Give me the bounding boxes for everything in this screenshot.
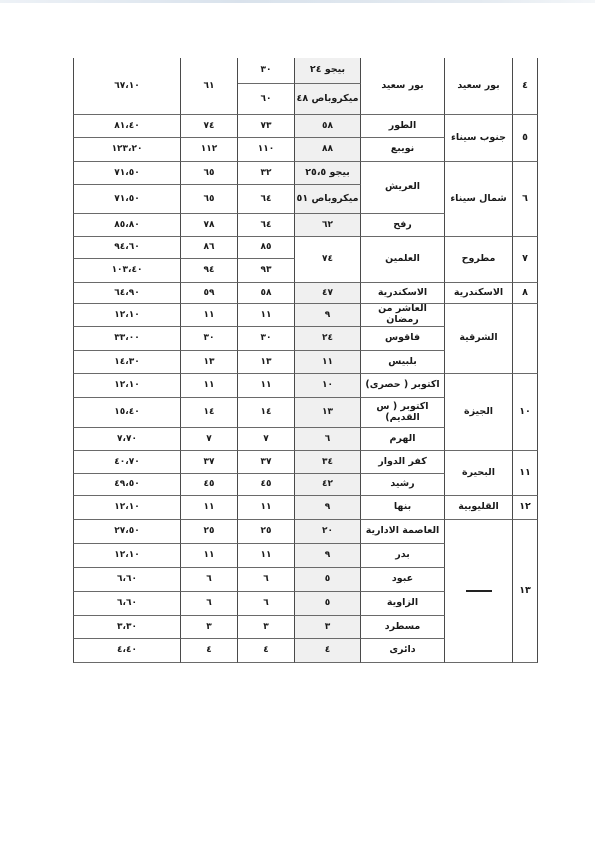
base-fare-cell: ٢٤ xyxy=(295,327,361,351)
base-fare-cell-text: ٤ xyxy=(325,645,331,655)
row-number xyxy=(513,304,538,374)
fare-col2-text: ٧٨ xyxy=(204,220,215,230)
fare-total-text: ١٠٣،٤٠ xyxy=(112,265,143,275)
fare-col2: ٣٧ xyxy=(181,451,238,474)
fare-total: ٣٣،٠٠ xyxy=(73,327,181,351)
governorate-cell-text: الاسكندرية xyxy=(454,288,503,299)
fare-total-text: ١٢،١٠ xyxy=(114,502,139,512)
fare-col2: ١٣ xyxy=(181,351,238,374)
row-number-text: ٧ xyxy=(522,254,528,265)
city-cell-text: العاشر من رمضان xyxy=(361,304,444,326)
fare-total: ٦٧،١٠ xyxy=(73,58,181,115)
fare-col3-text: ١١٠ xyxy=(258,144,274,154)
base-fare-cell-text: ٣ xyxy=(325,622,331,632)
fare-col2: ١١ xyxy=(181,496,238,520)
fare-total-text: ١٢،١٠ xyxy=(114,550,139,560)
row-number: ١٠ xyxy=(513,374,538,451)
fare-col2-text: ٧ xyxy=(206,434,212,444)
base-fare-cell-text: ٥ xyxy=(325,598,331,608)
fare-total: ٧١،٥٠ xyxy=(73,185,181,214)
vehicle-base-cell-text: ميكروباص ٤٨ xyxy=(297,94,359,105)
fare-total: ٦،٦٠ xyxy=(73,592,181,616)
fare-col3: ٦ xyxy=(238,568,295,592)
city-cell: الزاوية xyxy=(361,592,445,616)
fare-col2: ١١ xyxy=(181,304,238,327)
fare-col3-text: ٣٧ xyxy=(261,457,272,467)
fare-col3-text: ٣٢ xyxy=(261,168,272,178)
fare-total: ٨١،٤٠ xyxy=(73,115,181,138)
fare-total: ٧،٧٠ xyxy=(73,428,181,451)
base-fare-cell: ٨٨ xyxy=(295,138,361,162)
row-number-text: ٨ xyxy=(522,288,528,299)
fare-total-text: ٣،٣٠ xyxy=(117,622,137,632)
fare-col2: ٧ xyxy=(181,428,238,451)
fare-total: ٧١،٥٠ xyxy=(73,162,181,185)
fare-col3: ١١٠ xyxy=(238,138,295,162)
city-cell: مسطرد xyxy=(361,616,445,639)
city-cell: رفح xyxy=(361,214,445,237)
fare-total: ١٢،١٠ xyxy=(73,374,181,398)
city-cell: فاقوس xyxy=(361,327,445,351)
city-cell: عبود xyxy=(361,568,445,592)
base-fare-cell: ٩ xyxy=(295,544,361,568)
base-fare-cell-text: ٣٤ xyxy=(322,457,333,467)
city-cell: الهرم xyxy=(361,428,445,451)
base-fare-cell: ٩ xyxy=(295,304,361,327)
fare-col3-text: ٢٥ xyxy=(261,526,272,536)
fare-total-text: ١٢،١٠ xyxy=(114,310,139,320)
city-cell-text: الهرم xyxy=(390,434,416,445)
governorate-cell-text: شمال سيناء xyxy=(450,194,506,205)
city-cell: كفر الدوار xyxy=(361,451,445,474)
city-cell: اكتوبر ( س القديم) xyxy=(361,398,445,428)
city-cell-text: كفر الدوار xyxy=(378,457,427,468)
fare-col3-text: ٧ xyxy=(263,434,269,444)
city-cell-text: بنها xyxy=(394,502,411,513)
base-fare-cell: ٢٠ xyxy=(295,520,361,544)
fare-col3: ٣٢ xyxy=(238,162,295,185)
row-number-text: ١١ xyxy=(519,468,531,479)
fare-total-text: ١٢،١٠ xyxy=(114,380,139,390)
row-number-text: ٥ xyxy=(522,133,528,144)
fare-total: ٦،٦٠ xyxy=(73,568,181,592)
city-cell-text: الاسكندرية xyxy=(378,288,427,299)
fare-total: ١٥،٤٠ xyxy=(73,398,181,428)
fare-total-text: ٤٩،٥٠ xyxy=(114,479,139,489)
fare-col2-text: ١١ xyxy=(204,380,215,390)
fare-total-text: ٧،٧٠ xyxy=(117,434,137,444)
base-fare-cell: ٤٧ xyxy=(295,283,361,304)
fare-col3: ٣ xyxy=(238,616,295,639)
fare-col3: ١١ xyxy=(238,544,295,568)
row-number-text: ١٣ xyxy=(519,586,531,597)
base-fare-cell: ٥٨ xyxy=(295,115,361,138)
city-cell: بور سعيد xyxy=(361,58,445,115)
city-cell: اكتوبر ( حصرى) xyxy=(361,374,445,398)
vehicle-base-cell: ميكروباص ٥١ xyxy=(295,185,361,214)
fare-col3-text: ١١ xyxy=(261,380,272,390)
base-fare-cell: ٥ xyxy=(295,568,361,592)
fare-col3: ٤٥ xyxy=(238,474,295,496)
row-number-text: ٦ xyxy=(522,194,528,205)
base-fare-cell-text: ٩ xyxy=(325,502,331,512)
fare-col2: ٣ xyxy=(181,616,238,639)
city-cell-text: الطور xyxy=(389,121,417,132)
fare-col3-text: ٦٠ xyxy=(261,94,272,104)
fare-col3-text: ٣٠ xyxy=(261,333,272,343)
fare-total-text: ٦٤،٩٠ xyxy=(114,288,139,298)
fare-col2: ٦١ xyxy=(181,58,238,115)
fare-total-text: ٨١،٤٠ xyxy=(114,121,139,131)
governorate-cell: البحيرة xyxy=(445,451,513,496)
fare-col2-text: ١٣ xyxy=(204,357,215,367)
fare-total: ٩٤،٦٠ xyxy=(73,237,181,259)
fare-col3-text: ٦ xyxy=(263,574,269,584)
base-fare-cell: ٣٤ xyxy=(295,451,361,474)
fare-total-text: ٧١،٥٠ xyxy=(114,168,139,178)
fare-col3: ٢٥ xyxy=(238,520,295,544)
fare-total-text: ٦٧،١٠ xyxy=(114,81,139,91)
fare-col3-text: ٩٣ xyxy=(261,265,272,275)
city-cell-text: رفح xyxy=(393,220,412,231)
fare-col2: ١١ xyxy=(181,374,238,398)
city-cell: العلمين xyxy=(361,237,445,283)
fare-total-text: ٦،٦٠ xyxy=(117,598,137,608)
governorate-cell: الجيزة xyxy=(445,374,513,451)
vehicle-base-cell-text: بيجو ٢٥،٥ xyxy=(305,168,350,179)
fare-col3: ١١ xyxy=(238,374,295,398)
row-number-text: ١٢ xyxy=(519,502,531,513)
base-fare-cell: ٣ xyxy=(295,616,361,639)
city-cell-text: عبود xyxy=(392,574,413,585)
fare-col2-text: ١١ xyxy=(204,502,215,512)
fare-col2-text: ٣٠ xyxy=(204,333,215,343)
fare-col3-text: ٨٥ xyxy=(261,242,272,252)
fare-col2-text: ١٤ xyxy=(204,407,215,417)
city-cell: الاسكندرية xyxy=(361,283,445,304)
fare-col2: ١١ xyxy=(181,544,238,568)
governorate-cell-text: بور سعيد xyxy=(457,81,499,92)
fare-col2-text: ٦١ xyxy=(204,81,215,91)
fare-col2: ٧٤ xyxy=(181,115,238,138)
fare-col2: ٣٠ xyxy=(181,327,238,351)
fare-col2: ٧٨ xyxy=(181,214,238,237)
fare-col3: ٦٤ xyxy=(238,185,295,214)
fare-col3: ١١ xyxy=(238,304,295,327)
fare-col3-text: ١١ xyxy=(261,310,272,320)
city-cell: بدر xyxy=(361,544,445,568)
fare-col2: ١٤ xyxy=(181,398,238,428)
city-cell: رشيد xyxy=(361,474,445,496)
base-fare-cell-text: ٤٢ xyxy=(322,479,333,489)
fare-col3: ٤ xyxy=(238,639,295,663)
fare-total-text: ٨٥،٨٠ xyxy=(114,220,139,230)
base-fare-cell: ٤ xyxy=(295,639,361,663)
fare-col3: ٩٣ xyxy=(238,259,295,283)
fare-col3-text: ٦٤ xyxy=(261,194,272,204)
city-cell-text: نويبع xyxy=(391,144,414,155)
fare-total-text: ١٢٣،٢٠ xyxy=(112,144,143,154)
row-number: ٧ xyxy=(513,237,538,283)
fare-total: ٢٧،٥٠ xyxy=(73,520,181,544)
base-fare-cell-text: ١٣ xyxy=(322,407,333,417)
row-number: ٥ xyxy=(513,115,538,162)
fare-total: ٨٥،٨٠ xyxy=(73,214,181,237)
governorate-cell: الاسكندرية xyxy=(445,283,513,304)
fare-total: ١٢،١٠ xyxy=(73,544,181,568)
city-cell-text: العريش xyxy=(385,182,420,193)
fare-col2: ٩٤ xyxy=(181,259,238,283)
city-cell-text: دائرى xyxy=(389,645,415,656)
fare-col2-text: ١١٢ xyxy=(201,144,217,154)
fare-col2-text: ٦ xyxy=(206,574,212,584)
fare-col2-text: ٤ xyxy=(206,645,212,655)
fare-col2: ٦ xyxy=(181,592,238,616)
fare-col3-text: ٦ xyxy=(263,598,269,608)
fare-total: ٤٩،٥٠ xyxy=(73,474,181,496)
base-fare-cell-text: ٥ xyxy=(325,574,331,584)
city-cell-text: فاقوس xyxy=(385,333,420,344)
row-number: ١٣ xyxy=(513,520,538,663)
vehicle-base-cell: بيجو ٢٤ xyxy=(295,58,361,84)
fare-col2: ٤٥ xyxy=(181,474,238,496)
base-fare-cell: ٧٤ xyxy=(295,237,361,283)
fare-col2-text: ٦ xyxy=(206,598,212,608)
base-fare-cell-text: ٨٨ xyxy=(322,144,333,154)
fare-col2: ٦ xyxy=(181,568,238,592)
fare-col2: ٨٦ xyxy=(181,237,238,259)
fare-col2-text: ٦٥ xyxy=(204,194,215,204)
row-number-text: ١٠ xyxy=(519,407,531,418)
fare-col3-text: ١٣ xyxy=(261,357,272,367)
fare-col2: ٦٥ xyxy=(181,162,238,185)
dash-mark xyxy=(466,590,492,592)
fare-col3-text: ٦٤ xyxy=(261,220,272,230)
vehicle-base-cell: بيجو ٢٥،٥ xyxy=(295,162,361,185)
fare-col3-text: ٣٠ xyxy=(261,65,272,75)
fare-col3: ١٣ xyxy=(238,351,295,374)
fare-col3: ١١ xyxy=(238,496,295,520)
base-fare-cell: ٤٢ xyxy=(295,474,361,496)
base-fare-cell: ١٠ xyxy=(295,374,361,398)
governorate-cell-text: الشرقية xyxy=(459,333,497,344)
fare-col2: ٢٥ xyxy=(181,520,238,544)
fare-col3-text: ١٤ xyxy=(261,407,272,417)
city-cell-text: العاصمة الادارية xyxy=(366,526,440,537)
governorate-cell xyxy=(445,520,513,663)
base-fare-cell: ٥ xyxy=(295,592,361,616)
governorate-cell: الشرقية xyxy=(445,304,513,374)
vehicle-base-cell-text: ميكروباص ٥١ xyxy=(297,194,359,205)
base-fare-cell-text: ١٠ xyxy=(322,380,333,390)
fare-total-text: ٦،٦٠ xyxy=(117,574,137,584)
city-cell-text: بور سعيد xyxy=(381,81,423,92)
page-top-edge xyxy=(0,0,595,3)
fare-col3-text: ٤٥ xyxy=(261,479,272,489)
city-cell-text: اكتوبر ( س القديم) xyxy=(361,402,444,424)
fare-total: ١٢٣،٢٠ xyxy=(73,138,181,162)
city-cell-text: مسطرد xyxy=(385,622,421,633)
city-cell-text: بلبيس xyxy=(388,357,417,368)
base-fare-cell-text: ٩ xyxy=(325,550,331,560)
fare-col3-text: ٥٨ xyxy=(261,288,272,298)
fare-col2-text: ٤٥ xyxy=(204,479,215,489)
base-fare-cell-text: ٤٧ xyxy=(322,288,333,298)
city-cell-text: العلمين xyxy=(385,254,420,265)
fare-col3: ٣٧ xyxy=(238,451,295,474)
fare-col3: ٦٠ xyxy=(238,84,295,115)
base-fare-cell: ٦٢ xyxy=(295,214,361,237)
fare-total-text: ١٤،٣٠ xyxy=(114,357,139,367)
base-fare-cell-text: ٧٤ xyxy=(322,254,333,264)
city-cell: بلبيس xyxy=(361,351,445,374)
fare-total: ١٢،١٠ xyxy=(73,304,181,327)
fare-total-text: ٤،٤٠ xyxy=(117,645,137,655)
governorate-cell: القليوبية xyxy=(445,496,513,520)
governorate-cell-text: البحيرة xyxy=(462,468,495,479)
fare-total-text: ٣٣،٠٠ xyxy=(114,333,139,343)
governorate-cell: جنوب سيناء xyxy=(445,115,513,162)
governorate-cell-text: القليوبية xyxy=(458,502,499,513)
fare-col3: ٥٨ xyxy=(238,283,295,304)
row-number: ٦ xyxy=(513,162,538,237)
city-cell-text: الزاوية xyxy=(387,598,418,609)
base-fare-cell-text: ٩ xyxy=(325,310,331,320)
fare-col2-text: ١١ xyxy=(204,310,215,320)
fare-col2-text: ٣٧ xyxy=(204,457,215,467)
vehicle-base-cell: ميكروباص ٤٨ xyxy=(295,84,361,115)
fare-col2-text: ٩٤ xyxy=(204,265,215,275)
fare-total-text: ١٥،٤٠ xyxy=(114,407,139,417)
base-fare-cell-text: ٦٢ xyxy=(322,220,333,230)
fare-total-text: ٩٤،٦٠ xyxy=(114,242,139,252)
city-cell: العاصمة الادارية xyxy=(361,520,445,544)
fare-total: ٤٠،٧٠ xyxy=(73,451,181,474)
fare-col3-text: ٤ xyxy=(263,645,269,655)
row-number: ٤ xyxy=(513,58,538,115)
fare-col2-text: ٣ xyxy=(206,622,212,632)
fare-col2-text: ٨٦ xyxy=(204,242,215,252)
fare-col3: ٣٠ xyxy=(238,58,295,84)
governorate-cell-text: مطروح xyxy=(462,254,496,265)
governorate-cell: مطروح xyxy=(445,237,513,283)
row-number: ٨ xyxy=(513,283,538,304)
base-fare-cell-text: ٦ xyxy=(325,434,331,444)
fare-col2-text: ١١ xyxy=(204,550,215,560)
fare-col3: ٧ xyxy=(238,428,295,451)
city-cell: نويبع xyxy=(361,138,445,162)
city-cell-text: رشيد xyxy=(390,479,414,490)
city-cell-text: بدر xyxy=(395,550,410,561)
fare-col3: ٣٠ xyxy=(238,327,295,351)
fare-col2-text: ٢٥ xyxy=(204,526,215,536)
fare-col3: ٧٣ xyxy=(238,115,295,138)
governorate-cell: بور سعيد xyxy=(445,58,513,115)
governorate-cell: شمال سيناء xyxy=(445,162,513,237)
base-fare-cell-text: ٢٠ xyxy=(322,526,333,536)
fare-total-text: ٤٠،٧٠ xyxy=(114,457,139,467)
base-fare-cell-text: ٥٨ xyxy=(322,121,333,131)
fare-col3: ٨٥ xyxy=(238,237,295,259)
fare-col3-text: ١١ xyxy=(261,502,272,512)
row-number: ١١ xyxy=(513,451,538,496)
fare-total: ٦٤،٩٠ xyxy=(73,283,181,304)
city-cell: الطور xyxy=(361,115,445,138)
fare-col2-text: ٧٤ xyxy=(204,121,215,131)
fare-col2: ٦٥ xyxy=(181,185,238,214)
city-cell: العاشر من رمضان xyxy=(361,304,445,327)
base-fare-cell: ١١ xyxy=(295,351,361,374)
base-fare-cell: ٩ xyxy=(295,496,361,520)
fare-total: ٣،٣٠ xyxy=(73,616,181,639)
base-fare-cell: ٦ xyxy=(295,428,361,451)
fare-col3-text: ٣ xyxy=(263,622,269,632)
fare-col2: ١١٢ xyxy=(181,138,238,162)
fare-col2-text: ٥٩ xyxy=(204,288,215,298)
fare-total-text: ٢٧،٥٠ xyxy=(114,526,139,536)
fare-table: ٤بور سعيدبور سعيدبيجو ٢٤٣٠ميكروباص ٤٨٦٠٦… xyxy=(73,58,538,663)
city-cell-text: اكتوبر ( حصرى) xyxy=(365,380,439,391)
fare-total-text: ٧١،٥٠ xyxy=(114,194,139,204)
base-fare-cell-text: ٢٤ xyxy=(322,333,333,343)
row-number: ١٢ xyxy=(513,496,538,520)
fare-col2: ٥٩ xyxy=(181,283,238,304)
fare-total: ١٠٣،٤٠ xyxy=(73,259,181,283)
city-cell: العريش xyxy=(361,162,445,214)
governorate-cell-text: الجيزة xyxy=(464,407,493,418)
fare-total: ٤،٤٠ xyxy=(73,639,181,663)
base-fare-cell: ١٣ xyxy=(295,398,361,428)
fare-col2-text: ٦٥ xyxy=(204,168,215,178)
fare-col3: ٦ xyxy=(238,592,295,616)
fare-col3: ١٤ xyxy=(238,398,295,428)
fare-col2: ٤ xyxy=(181,639,238,663)
city-cell: دائرى xyxy=(361,639,445,663)
city-cell: بنها xyxy=(361,496,445,520)
vehicle-base-cell-text: بيجو ٢٤ xyxy=(310,65,345,76)
governorate-cell-text: جنوب سيناء xyxy=(451,133,506,144)
base-fare-cell-text: ١١ xyxy=(322,357,333,367)
fare-col3-text: ٧٣ xyxy=(261,121,272,131)
fare-col3: ٦٤ xyxy=(238,214,295,237)
fare-total: ١٢،١٠ xyxy=(73,496,181,520)
fare-total: ١٤،٣٠ xyxy=(73,351,181,374)
row-number-text: ٤ xyxy=(522,81,528,92)
fare-col3-text: ١١ xyxy=(261,550,272,560)
